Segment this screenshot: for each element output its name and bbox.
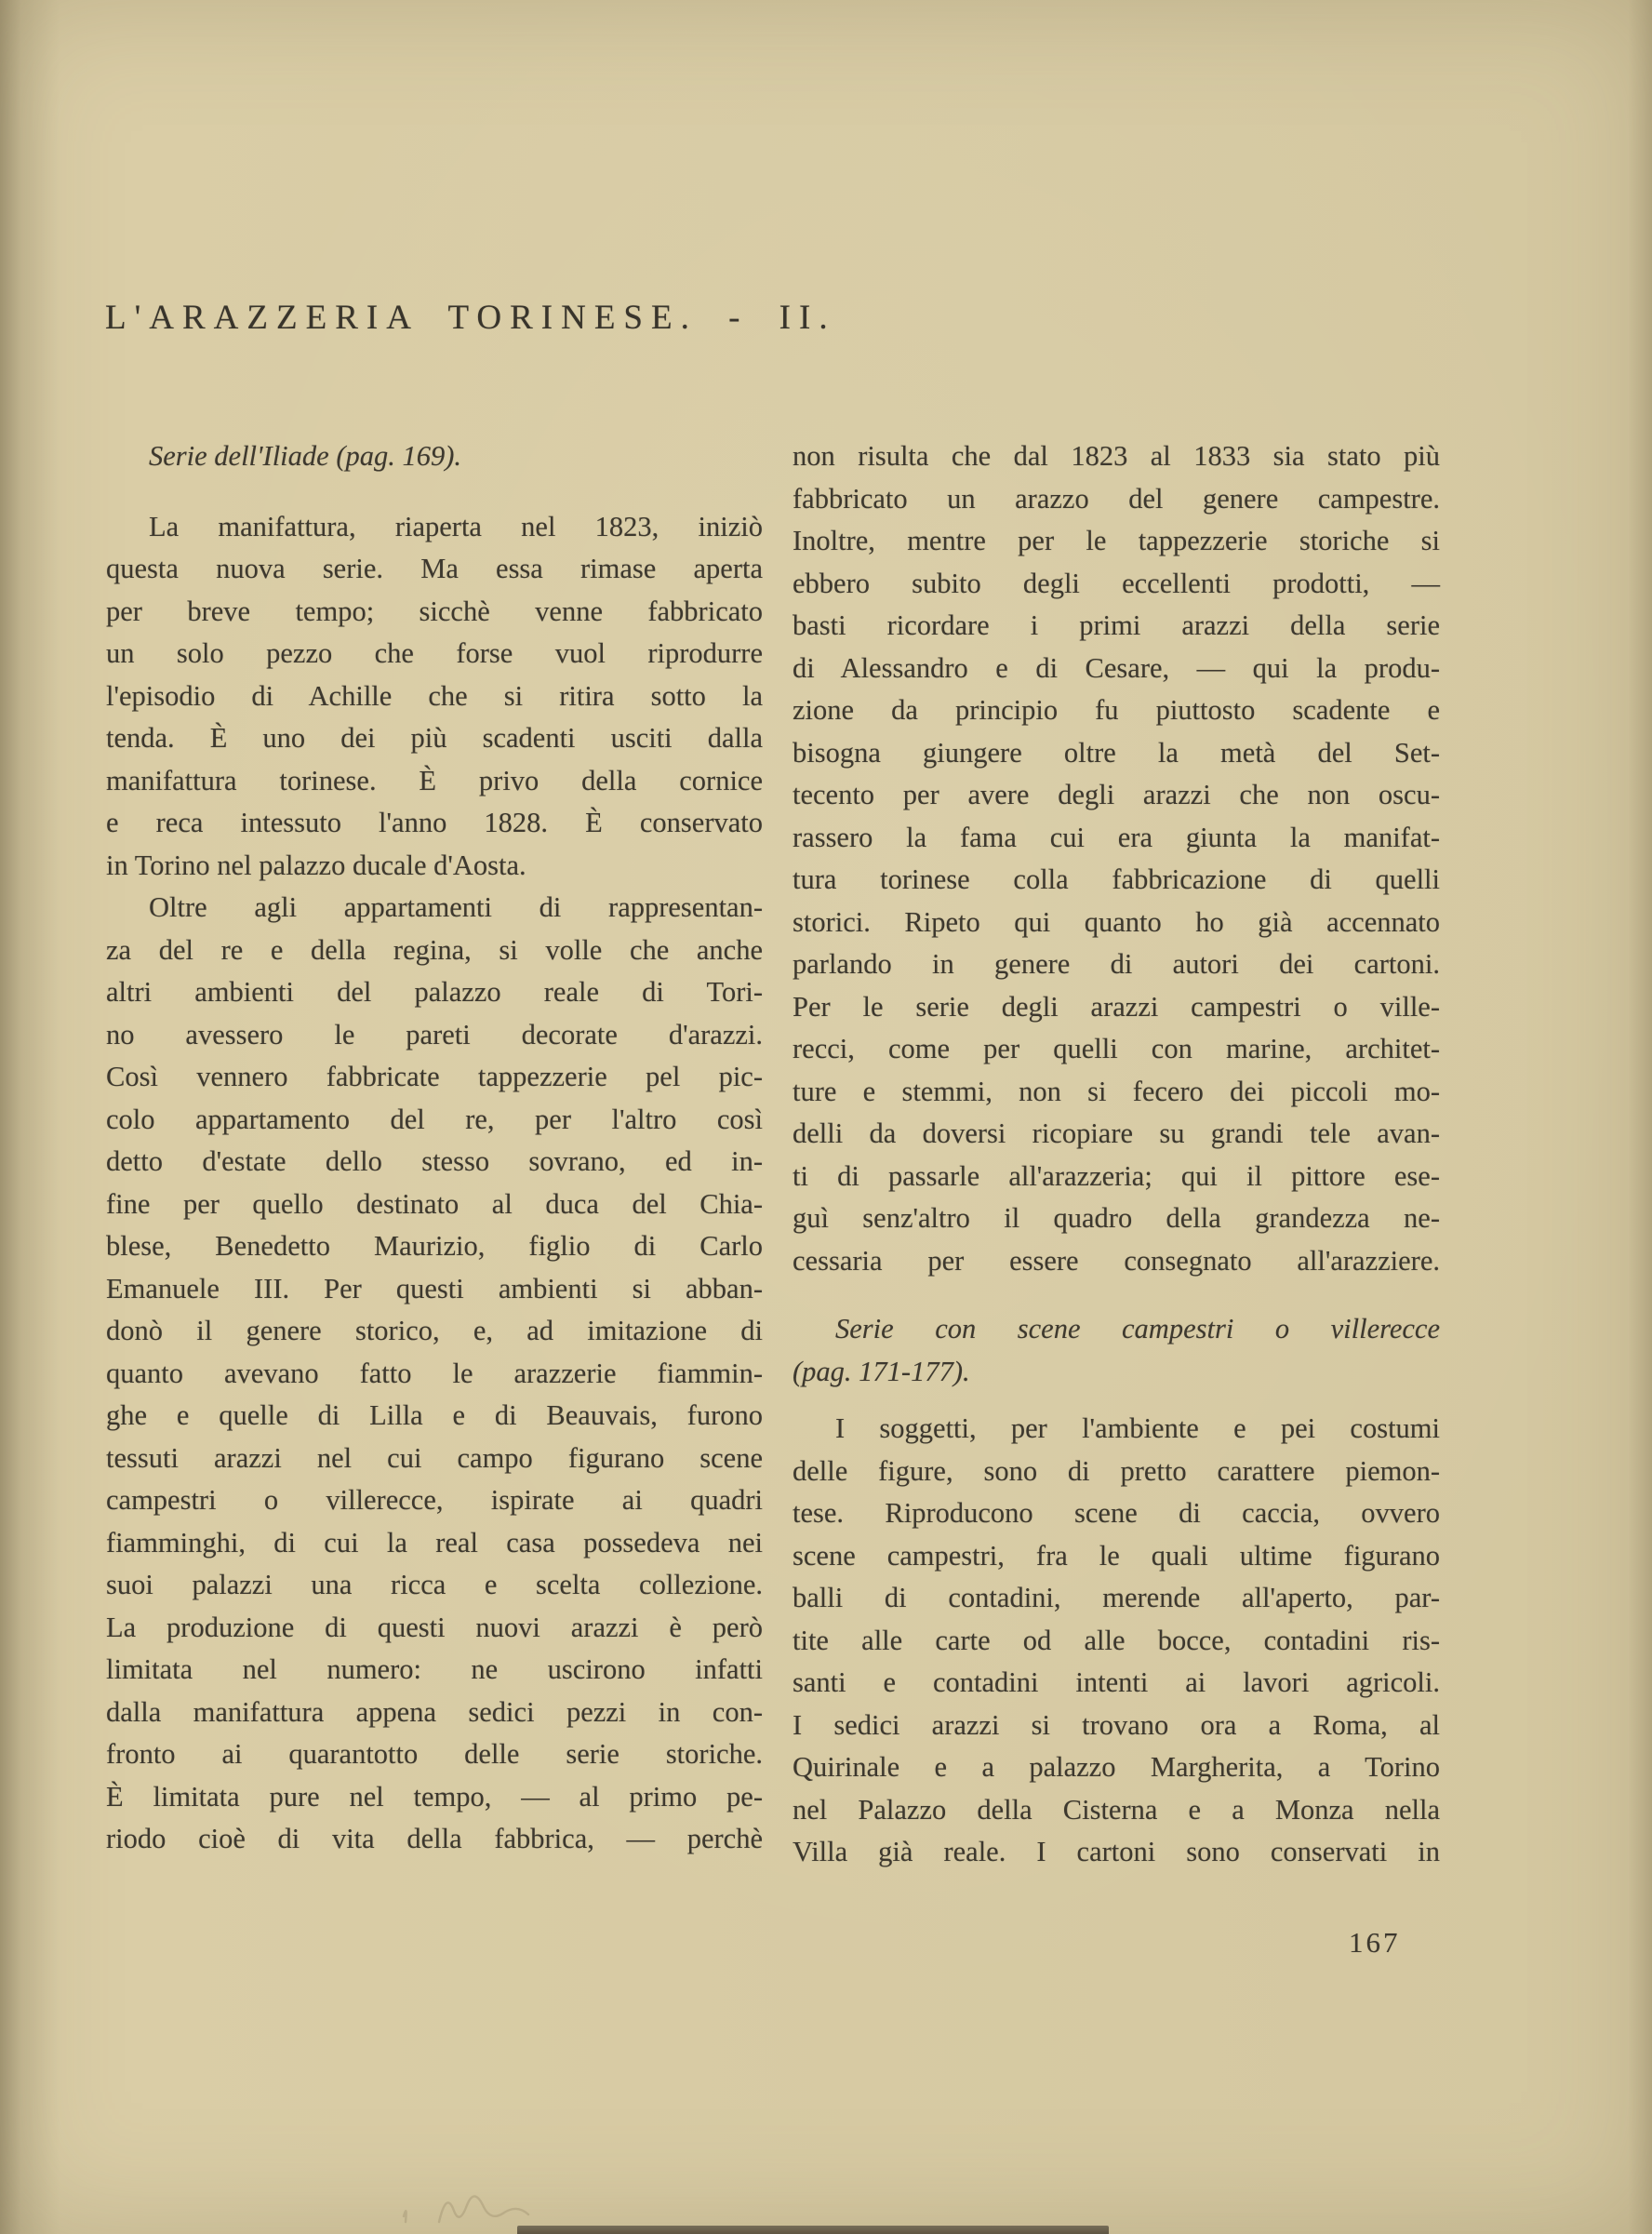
text-line: balli di contadini, merende all'aperto, …	[793, 1577, 1440, 1620]
text-line: di Alessandro e di Cesare, — qui la prod…	[793, 648, 1440, 690]
section-heading-serie-iliade: Serie dell'Iliade (pag. 169).	[106, 435, 763, 478]
text-line: tessuti arazzi nel cui campo figurano sc…	[106, 1438, 763, 1480]
text-line: no avessero le pareti decorate d'arazzi.	[106, 1014, 763, 1057]
text-line: rassero la fama cui era giunta la manifa…	[793, 817, 1440, 860]
text-line: Villa già reale. I cartoni sono conserva…	[793, 1831, 1440, 1874]
text-line: fabbricato un arazzo del genere campestr…	[793, 478, 1440, 521]
text-line: Per le serie degli arazzi campestri o vi…	[793, 986, 1440, 1029]
text-line: limitata nel numero: ne uscirono infatti	[106, 1649, 763, 1692]
text-line: I soggetti, per l'ambiente e pei costumi	[793, 1408, 1440, 1451]
text-line: bisogna giungere oltre la metà del Set-	[793, 732, 1440, 775]
text-column-left: Serie dell'Iliade (pag. 169).La manifatt…	[106, 435, 763, 1861]
text-line: detto d'estate dello stesso sovrano, ed …	[106, 1141, 763, 1184]
text-line: per breve tempo; sicchè venne fabbricato	[106, 591, 763, 634]
body-paragraph-continuation: non risulta che dal 1823 al 1833 sia sta…	[793, 435, 1440, 1282]
text-line: tura torinese colla fabbricazione di que…	[793, 859, 1440, 902]
text-line: scene campestri, fra le quali ultime fig…	[793, 1535, 1440, 1578]
text-line: ebbero subito degli eccellenti prodotti,…	[793, 563, 1440, 606]
text-line: ti di passarle all'arazzeria; qui il pit…	[793, 1156, 1440, 1198]
text-line: basti ricordare i primi arazzi della ser…	[793, 605, 1440, 648]
text-line: guì senz'altro il quadro della grandezza…	[793, 1197, 1440, 1240]
text-line: delli da doversi ricopiare su grandi tel…	[793, 1113, 1440, 1156]
text-line: colo appartamento del re, per l'altro co…	[106, 1099, 763, 1142]
page-right-edge-shadow	[1628, 0, 1652, 2234]
text-line: Serie dell'Iliade (pag. 169).	[106, 435, 763, 478]
page-number: 167	[1349, 1926, 1401, 1960]
text-line: riodo cioè di vita della fabbrica, — per…	[106, 1818, 763, 1861]
text-column-right: non risulta che dal 1823 al 1833 sia sta…	[793, 435, 1440, 1874]
text-line: blese, Benedetto Maurizio, figlio di Car…	[106, 1225, 763, 1268]
body-paragraph-soggetti: I soggetti, per l'ambiente e pei costumi…	[793, 1408, 1440, 1874]
text-line: fronto ai quarantotto delle serie storic…	[106, 1733, 763, 1776]
text-line: tecento per avere degli arazzi che non o…	[793, 774, 1440, 817]
text-line: (pag. 171-177).	[793, 1351, 1440, 1394]
text-line: non risulta che dal 1823 al 1833 sia sta…	[793, 435, 1440, 478]
section-heading-serie-campestri: Serie con scene campestri o villerecce(p…	[793, 1308, 1440, 1393]
text-line: delle figure, sono di pretto carattere p…	[793, 1451, 1440, 1493]
text-line: suoi palazzi una ricca e scelta collezio…	[106, 1564, 763, 1607]
text-line: ghe e quelle di Lilla e di Beauvais, fur…	[106, 1395, 763, 1438]
book-page-scan: L'ARAZZERIA TORINESE. - II. Serie dell'I…	[0, 0, 1652, 2234]
text-line: fiamminghi, di cui la real casa possedev…	[106, 1522, 763, 1565]
text-line: parlando in genere di autori dei cartoni…	[793, 943, 1440, 986]
text-line: ture e stemmi, non si fecero dei piccoli…	[793, 1071, 1440, 1114]
text-line: in Torino nel palazzo ducale d'Aosta.	[106, 845, 763, 888]
text-line: La produzione di questi nuovi arazzi è p…	[106, 1607, 763, 1650]
text-line: È limitata pure nel tempo, — al primo pe…	[106, 1776, 763, 1819]
running-head-title: L'ARAZZERIA TORINESE. - II.	[105, 298, 836, 338]
text-line: santi e contadini intenti ai lavori agri…	[793, 1662, 1440, 1705]
pencil-squiggle-mark	[391, 2168, 623, 2234]
text-line: donò il genere storico, e, ad imitazione…	[106, 1310, 763, 1353]
text-line: l'episodio di Achille che si ritira sott…	[106, 676, 763, 718]
text-line: dalla manifattura appena sedici pezzi in…	[106, 1692, 763, 1734]
text-line: za del re e della regina, si volle che a…	[106, 930, 763, 972]
text-line: quanto avevano fatto le arazzerie fiammi…	[106, 1353, 763, 1396]
body-paragraph-manifattura: La manifattura, riaperta nel 1823, inizi…	[106, 506, 763, 888]
text-line: fine per quello destinato al duca del Ch…	[106, 1184, 763, 1226]
text-line: Quirinale e a palazzo Margherita, a Tori…	[793, 1746, 1440, 1789]
scan-bottom-edge	[517, 2226, 1109, 2234]
text-line: Inoltre, mentre per le tappezzerie stori…	[793, 520, 1440, 563]
text-line: altri ambienti del palazzo reale di Tori…	[106, 971, 763, 1014]
text-line: questa nuova serie. Ma essa rimase apert…	[106, 548, 763, 591]
text-line: I sedici arazzi si trovano ora a Roma, a…	[793, 1705, 1440, 1747]
text-line: un solo pezzo che forse vuol riprodurre	[106, 633, 763, 676]
text-line: cessaria per essere consegnato all'arazz…	[793, 1240, 1440, 1283]
text-line: storici. Ripeto qui quanto ho già accenn…	[793, 902, 1440, 944]
text-line: Serie con scene campestri o villerecce	[793, 1308, 1440, 1351]
text-line: manifattura torinese. È privo della corn…	[106, 760, 763, 803]
page-gutter-shadow	[0, 0, 60, 2234]
text-line: La manifattura, riaperta nel 1823, inizi…	[106, 506, 763, 549]
text-line: zione da principio fu piuttosto scadente…	[793, 689, 1440, 732]
text-line: e reca intessuto l'anno 1828. È conserva…	[106, 802, 763, 845]
text-line: Oltre agli appartamenti di rappresentan-	[106, 887, 763, 930]
text-line: Così vennero fabbricate tappezzerie pel …	[106, 1056, 763, 1099]
text-line: recci, come per quelli con marine, archi…	[793, 1028, 1440, 1071]
text-line: Emanuele III. Per questi ambienti si abb…	[106, 1268, 763, 1311]
text-line: tenda. È uno dei più scadenti usciti dal…	[106, 717, 763, 760]
text-line: nel Palazzo della Cisterna e a Monza nel…	[793, 1789, 1440, 1832]
text-line: campestri o villerecce, ispirate ai quad…	[106, 1479, 763, 1522]
text-line: tite alle carte od alle bocce, contadini…	[793, 1620, 1440, 1663]
text-line: tese. Riproducono scene di caccia, ovver…	[793, 1492, 1440, 1535]
body-paragraph-appartamenti: Oltre agli appartamenti di rappresentan-…	[106, 887, 763, 1861]
